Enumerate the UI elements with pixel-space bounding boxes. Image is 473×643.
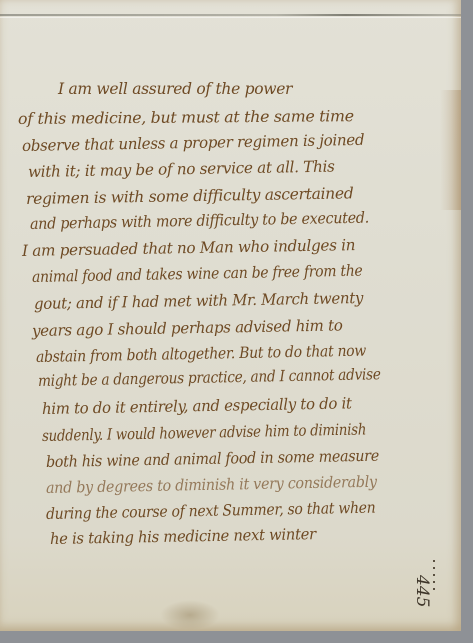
manuscript-scan: I am well assured of the power of this m…	[0, 0, 473, 643]
text-line: and by degrees to diminish it very consi…	[46, 473, 377, 497]
text-line: him to do it entirely, and especially to…	[42, 394, 352, 418]
text-line: regimen is with some difficulty ascertai…	[26, 184, 354, 208]
text-line: animal food and takes wine can be free f…	[32, 262, 363, 286]
text-line: and perhaps with more difficulty to be e…	[30, 209, 369, 233]
text-line: might be a dangerous practice, and I can…	[38, 365, 381, 390]
margin-marks	[433, 560, 435, 590]
text-line: abstain from both altogether. But to do …	[36, 342, 366, 366]
text-line: suddenly. I would however advise him to …	[42, 420, 366, 445]
handwritten-text: I am well assured of the power of this m…	[0, 0, 461, 631]
text-line: with it; it may be of no service at all.…	[28, 158, 335, 181]
manuscript-page: I am well assured of the power of this m…	[0, 0, 461, 631]
text-line: of this medicine, but must at the same t…	[18, 107, 354, 128]
text-line: he is taking his medicine next winter	[50, 525, 316, 548]
text-line: gout; and if I had met with Mr. March tw…	[34, 289, 363, 313]
text-line: I am persuaded that no Man who indulges …	[22, 236, 356, 260]
text-line: both his wine and animal food in some me…	[46, 447, 379, 471]
text-line: I am well assured of the power	[58, 80, 292, 98]
text-line: during the course of next Summer, so tha…	[46, 499, 376, 523]
text-line: observe that unless a proper regimen is …	[22, 131, 365, 155]
folio-number: 445	[412, 575, 432, 607]
text-line: years ago I should perhaps advised him t…	[32, 316, 343, 340]
